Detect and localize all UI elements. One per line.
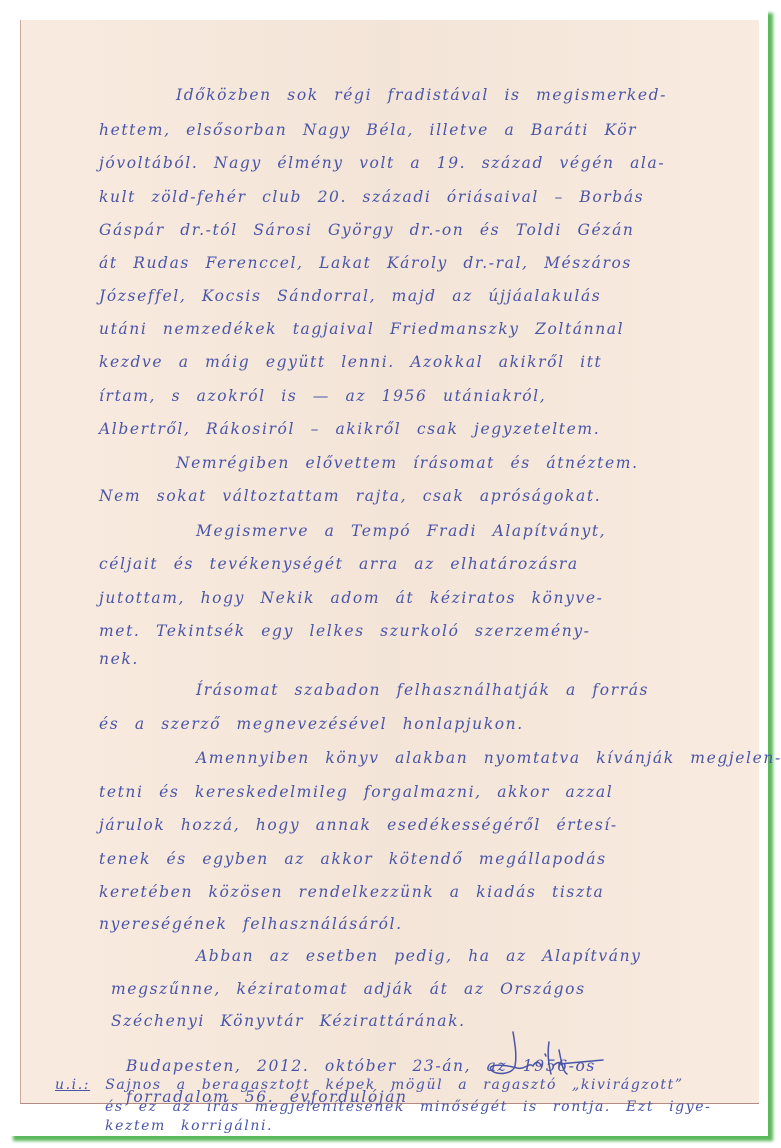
text-line: céljait és tevékenységét arra az elhatár… bbox=[99, 557, 579, 573]
text-line: Időközben sok régi fradistával is megism… bbox=[176, 88, 667, 104]
postscript-line: keztem korrigálni. bbox=[105, 1119, 273, 1133]
postscript-line: u.i.: Sajnos a beragasztott képek mögül … bbox=[55, 1078, 684, 1092]
text-line: kult zöld-fehér club 20. századi óriásai… bbox=[99, 190, 644, 206]
text-line: Írásomat szabadon felhasználhatják a for… bbox=[196, 683, 649, 699]
text-line: hettem, elsősorban Nagy Béla, illetve a … bbox=[99, 123, 637, 139]
signature bbox=[475, 1030, 625, 1080]
text-line: Albertről, Rákosiról – akikről csak jegy… bbox=[99, 422, 600, 438]
text-line: át Rudas Ferenccel, Lakat Károly dr.-ral… bbox=[99, 256, 632, 272]
text-line: Széchenyi Könyvtár Kézirattárának. bbox=[111, 1014, 466, 1030]
text-line: nyereségének felhasználásáról. bbox=[99, 917, 403, 933]
text-line: utáni nemzedékek tagjaival Friedmanszky … bbox=[99, 322, 624, 338]
text-line: tetni és kereskedelmileg forgalmazni, ak… bbox=[99, 785, 613, 801]
text-line: megszűnne, kéziratomat adják át az Orszá… bbox=[111, 982, 586, 998]
text-line: Nemrégiben elővettem írásomat és átnézte… bbox=[176, 456, 639, 472]
text-line: kezdve a máig együtt lenni. Azokkal akik… bbox=[99, 355, 602, 371]
text-line: keretében közösen rendelkezzünk a kiadás… bbox=[99, 885, 604, 901]
text-line: Megismerve a Tempó Fradi Alapítványt, bbox=[196, 524, 606, 540]
text-line: Amennyiben könyv alakban nyomtatva kíván… bbox=[196, 751, 781, 767]
text-line: írtam, s azokról is — az 1956 utániakról… bbox=[99, 389, 546, 405]
text-line: nek. bbox=[99, 652, 139, 668]
text-line: járulok hozzá, hogy annak esedékességérő… bbox=[99, 818, 618, 834]
text-line: Abban az esetben pedig, ha az Alapítvány bbox=[196, 949, 642, 965]
paper-sheet: Időközben sok régi fradistával is megism… bbox=[20, 20, 759, 1104]
text-line: Gáspár dr.-tól Sárosi György dr.-on és T… bbox=[99, 223, 635, 239]
text-line: és a szerző megnevezésével honlapjukon. bbox=[99, 717, 524, 733]
postscript-text: Sajnos a beragasztott képek mögül a raga… bbox=[105, 1077, 683, 1093]
text-line: tenek és egyben az akkor kötendő megálla… bbox=[99, 852, 607, 868]
text-line: Józseffel, Kocsis Sándorral, majd az újj… bbox=[99, 289, 601, 305]
photo-frame: Időközben sok régi fradistával is megism… bbox=[10, 10, 768, 1136]
text-line: met. Tekintsék egy lelkes szurkoló szerz… bbox=[99, 624, 591, 640]
text-line: Nem sokat változtattam rajta, csak aprós… bbox=[99, 489, 601, 505]
text-line: jóvoltából. Nagy élmény volt a 19. száza… bbox=[99, 156, 665, 172]
text-line: jutottam, hogy Nekik adom át kéziratos k… bbox=[99, 591, 603, 607]
postscript-label: u.i.: bbox=[55, 1077, 90, 1093]
postscript-line: és ez az írás megjelenítésének minőségét… bbox=[105, 1100, 711, 1114]
